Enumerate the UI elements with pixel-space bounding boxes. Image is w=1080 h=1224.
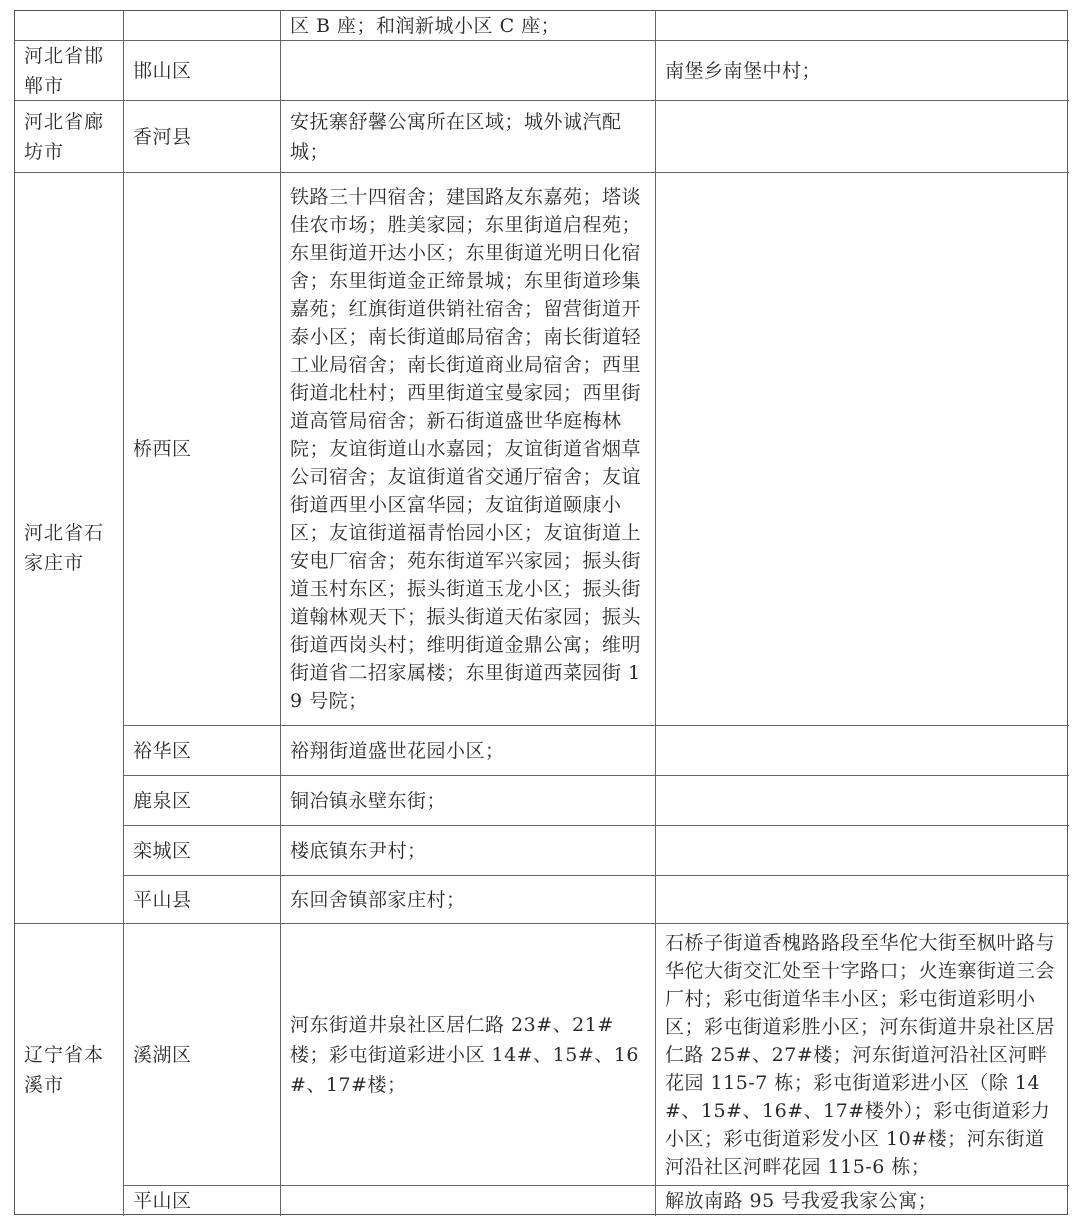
- cell-text: 溪湖区: [133, 1040, 271, 1070]
- table-cell-district: 鹿泉区: [124, 776, 281, 826]
- table-cell-city: 河北省廊坊市: [15, 101, 124, 173]
- table-cell-city: 河北省石家庄市: [15, 173, 124, 924]
- cell-text: 南堡乡南堡中村；: [665, 56, 1060, 86]
- table-cell-city: 河北省邯郸市: [15, 41, 124, 101]
- cell-text: 河北省廊坊市: [24, 107, 114, 167]
- cell-text: 河东街道井泉社区居仁路 23#、21#楼；彩屯街道彩进小区 14#、15#、16…: [290, 1010, 646, 1100]
- cell-text: 平山县: [133, 885, 271, 915]
- table-cell-district: 溪湖区: [124, 924, 281, 1186]
- table-cell-low-risk: [656, 776, 1069, 826]
- table-cell-district: 香河县: [124, 101, 281, 173]
- cell-text: 平山区: [133, 1186, 271, 1216]
- table-cell-low-risk: [656, 876, 1069, 924]
- cell-text: 鹿泉区: [133, 786, 271, 816]
- cell-text: 香河县: [133, 122, 271, 152]
- table-cell-medium-risk: 铁路三十四宿舍；建国路友东嘉苑；塔谈佳农市场；胜美家园；东里街道启程苑；东里街道…: [281, 173, 656, 726]
- table-cell-medium-risk: 裕翔街道盛世花园小区；: [281, 726, 656, 776]
- table-cell-city: [15, 11, 124, 41]
- cell-text: 东回舍镇部家庄村；: [290, 885, 646, 915]
- cell-text: 铜冶镇永壁东街；: [290, 786, 646, 816]
- cell-text: 石桥子街道香槐路路段至华佗大街至枫叶路与华佗大街交汇处至十字路口；火连寨街道三会…: [665, 929, 1060, 1181]
- table-cell-district: 裕华区: [124, 726, 281, 776]
- table-cell-medium-risk: 东回舍镇部家庄村；: [281, 876, 656, 924]
- table-cell-low-risk: 南堡乡南堡中村；: [656, 41, 1069, 101]
- table-cell-medium-risk: [281, 1186, 656, 1216]
- cell-text: 解放南路 95 号我爱我家公寓；: [665, 1186, 1060, 1216]
- table-cell-medium-risk: 安抚寨舒馨公寓所在区域；城外诚汽配城；: [281, 101, 656, 173]
- risk-area-table: 区 B 座；和润新城小区 C 座； 河北省邯郸市 邯山区 南堡乡南堡中村； 河北…: [14, 10, 1068, 1215]
- cell-text: 裕华区: [133, 736, 271, 766]
- table-cell-district: [124, 11, 281, 41]
- table-cell-medium-risk: 楼底镇东尹村；: [281, 826, 656, 876]
- cell-text: 裕翔街道盛世花园小区；: [290, 736, 646, 766]
- table-cell-low-risk: [656, 826, 1069, 876]
- cell-text: 桥西区: [133, 434, 271, 464]
- table-cell-district: 平山县: [124, 876, 281, 924]
- table-cell-low-risk: 解放南路 95 号我爱我家公寓；: [656, 1186, 1069, 1216]
- table-cell-low-risk: 石桥子街道香槐路路段至华佗大街至枫叶路与华佗大街交汇处至十字路口；火连寨街道三会…: [656, 924, 1069, 1186]
- table-cell-district: 栾城区: [124, 826, 281, 876]
- table-cell-district: 桥西区: [124, 173, 281, 726]
- cell-text: 河北省邯郸市: [24, 41, 114, 101]
- table-cell-medium-risk: 河东街道井泉社区居仁路 23#、21#楼；彩屯街道彩进小区 14#、15#、16…: [281, 924, 656, 1186]
- cell-text: 安抚寨舒馨公寓所在区域；城外诚汽配城；: [290, 107, 646, 167]
- table-cell-low-risk: [656, 726, 1069, 776]
- table-cell-medium-risk: [281, 41, 656, 101]
- cell-text: 辽宁省本溪市: [24, 1040, 114, 1100]
- cell-text: 河北省石家庄市: [24, 518, 114, 578]
- table-cell-medium-risk: 区 B 座；和润新城小区 C 座；: [281, 11, 656, 41]
- table-cell-city: 辽宁省本溪市: [15, 924, 124, 1216]
- table-cell-medium-risk: 铜冶镇永壁东街；: [281, 776, 656, 826]
- table-cell-low-risk: [656, 11, 1069, 41]
- cell-text: 栾城区: [133, 836, 271, 866]
- table-cell-low-risk: [656, 101, 1069, 173]
- cell-text: 楼底镇东尹村；: [290, 836, 646, 866]
- cell-text: 区 B 座；和润新城小区 C 座；: [290, 11, 646, 41]
- cell-text: 铁路三十四宿舍；建国路友东嘉苑；塔谈佳农市场；胜美家园；东里街道启程苑；东里街道…: [290, 183, 646, 715]
- table-cell-district: 邯山区: [124, 41, 281, 101]
- cell-text: 邯山区: [133, 56, 271, 86]
- table-cell-district: 平山区: [124, 1186, 281, 1216]
- table-cell-low-risk: [656, 173, 1069, 726]
